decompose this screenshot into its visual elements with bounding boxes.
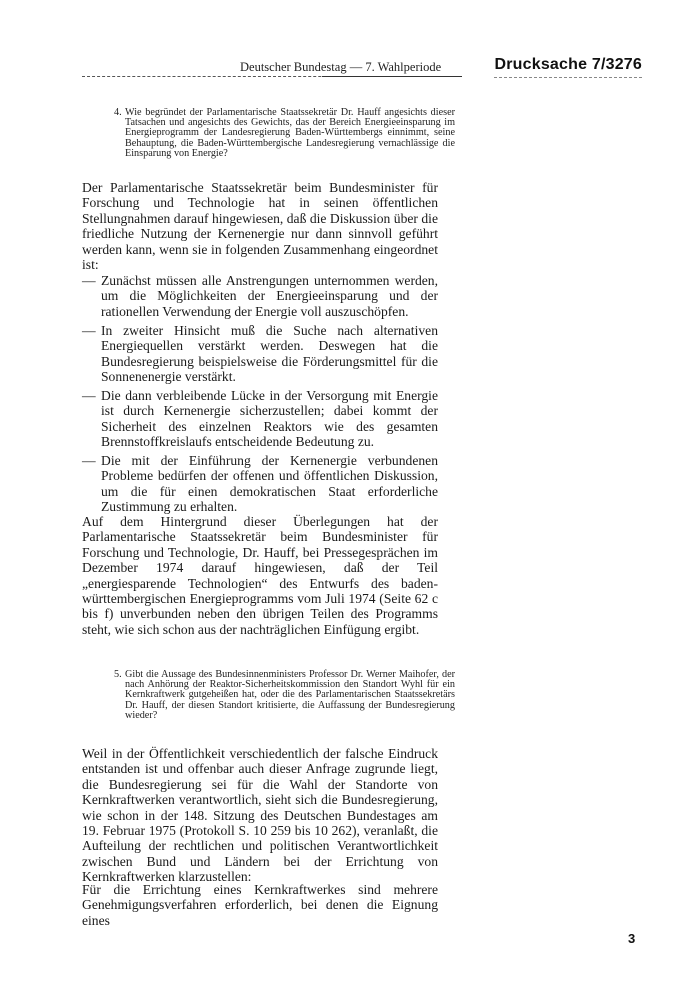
list-item: — In zweiter Hinsicht muß die Suche nach… (82, 323, 438, 385)
paragraph: Der Parlamentarische Staatssekretär beim… (82, 180, 438, 272)
page-number: 3 (628, 931, 635, 946)
list-item-text: Die dann verbleibende Lücke in der Verso… (101, 388, 438, 449)
answer-4-bullet-list: — Zunächst müssen alle Anstrengungen unt… (82, 273, 438, 518)
question-4: 4. Wie begründet der Parlamentarische St… (125, 108, 455, 159)
question-number: 5. (114, 670, 122, 680)
list-item-text: Die mit der Einführung der Kernenergie v… (101, 453, 438, 514)
dash-bullet: — (82, 273, 96, 288)
question-number: 4. (114, 108, 122, 118)
dash-bullet: — (82, 453, 96, 468)
dash-bullet: — (82, 388, 96, 403)
paragraph: Weil in der Öffentlichkeit verschiedentl… (82, 746, 438, 885)
dash-bullet: — (82, 323, 96, 338)
list-item: — Zunächst müssen alle Anstrengungen unt… (82, 273, 438, 319)
list-item-text: Zunächst müssen alle Anstrengungen unter… (101, 273, 438, 319)
answer-5-paragraph-2: Für die Errichtung eines Kernkraftwerkes… (82, 882, 438, 928)
answer-5-paragraph-1: Weil in der Öffentlichkeit verschiedentl… (82, 746, 438, 885)
header-rule-under-docno (494, 77, 642, 78)
paragraph: Für die Errichtung eines Kernkraftwerkes… (82, 882, 438, 928)
header-title: Deutscher Bundestag — 7. Wahlperiode (240, 60, 441, 75)
answer-4-intro: Der Parlamentarische Staatssekretär beim… (82, 180, 438, 272)
paragraph: Auf dem Hintergrund dieser Überlegungen … (82, 514, 438, 637)
question-5: 5. Gibt die Aussage des Bundesinnenminis… (125, 670, 455, 721)
page-header: Deutscher Bundestag — 7. Wahlperiode Dru… (82, 58, 642, 80)
list-item-text: In zweiter Hinsicht muß die Suche nach a… (101, 323, 438, 384)
header-rule-under-title (322, 76, 462, 77)
document-number: Drucksache 7/3276 (494, 56, 642, 74)
list-item: — Die dann verbleibende Lücke in der Ver… (82, 388, 438, 450)
list-item: — Die mit der Einführung der Kernenergie… (82, 453, 438, 515)
question-text: Gibt die Aussage des Bundesinnenminister… (125, 669, 455, 721)
question-text: Wie begründet der Parlamentarische Staat… (125, 107, 455, 159)
answer-4-conclusion: Auf dem Hintergrund dieser Überlegungen … (82, 514, 438, 637)
